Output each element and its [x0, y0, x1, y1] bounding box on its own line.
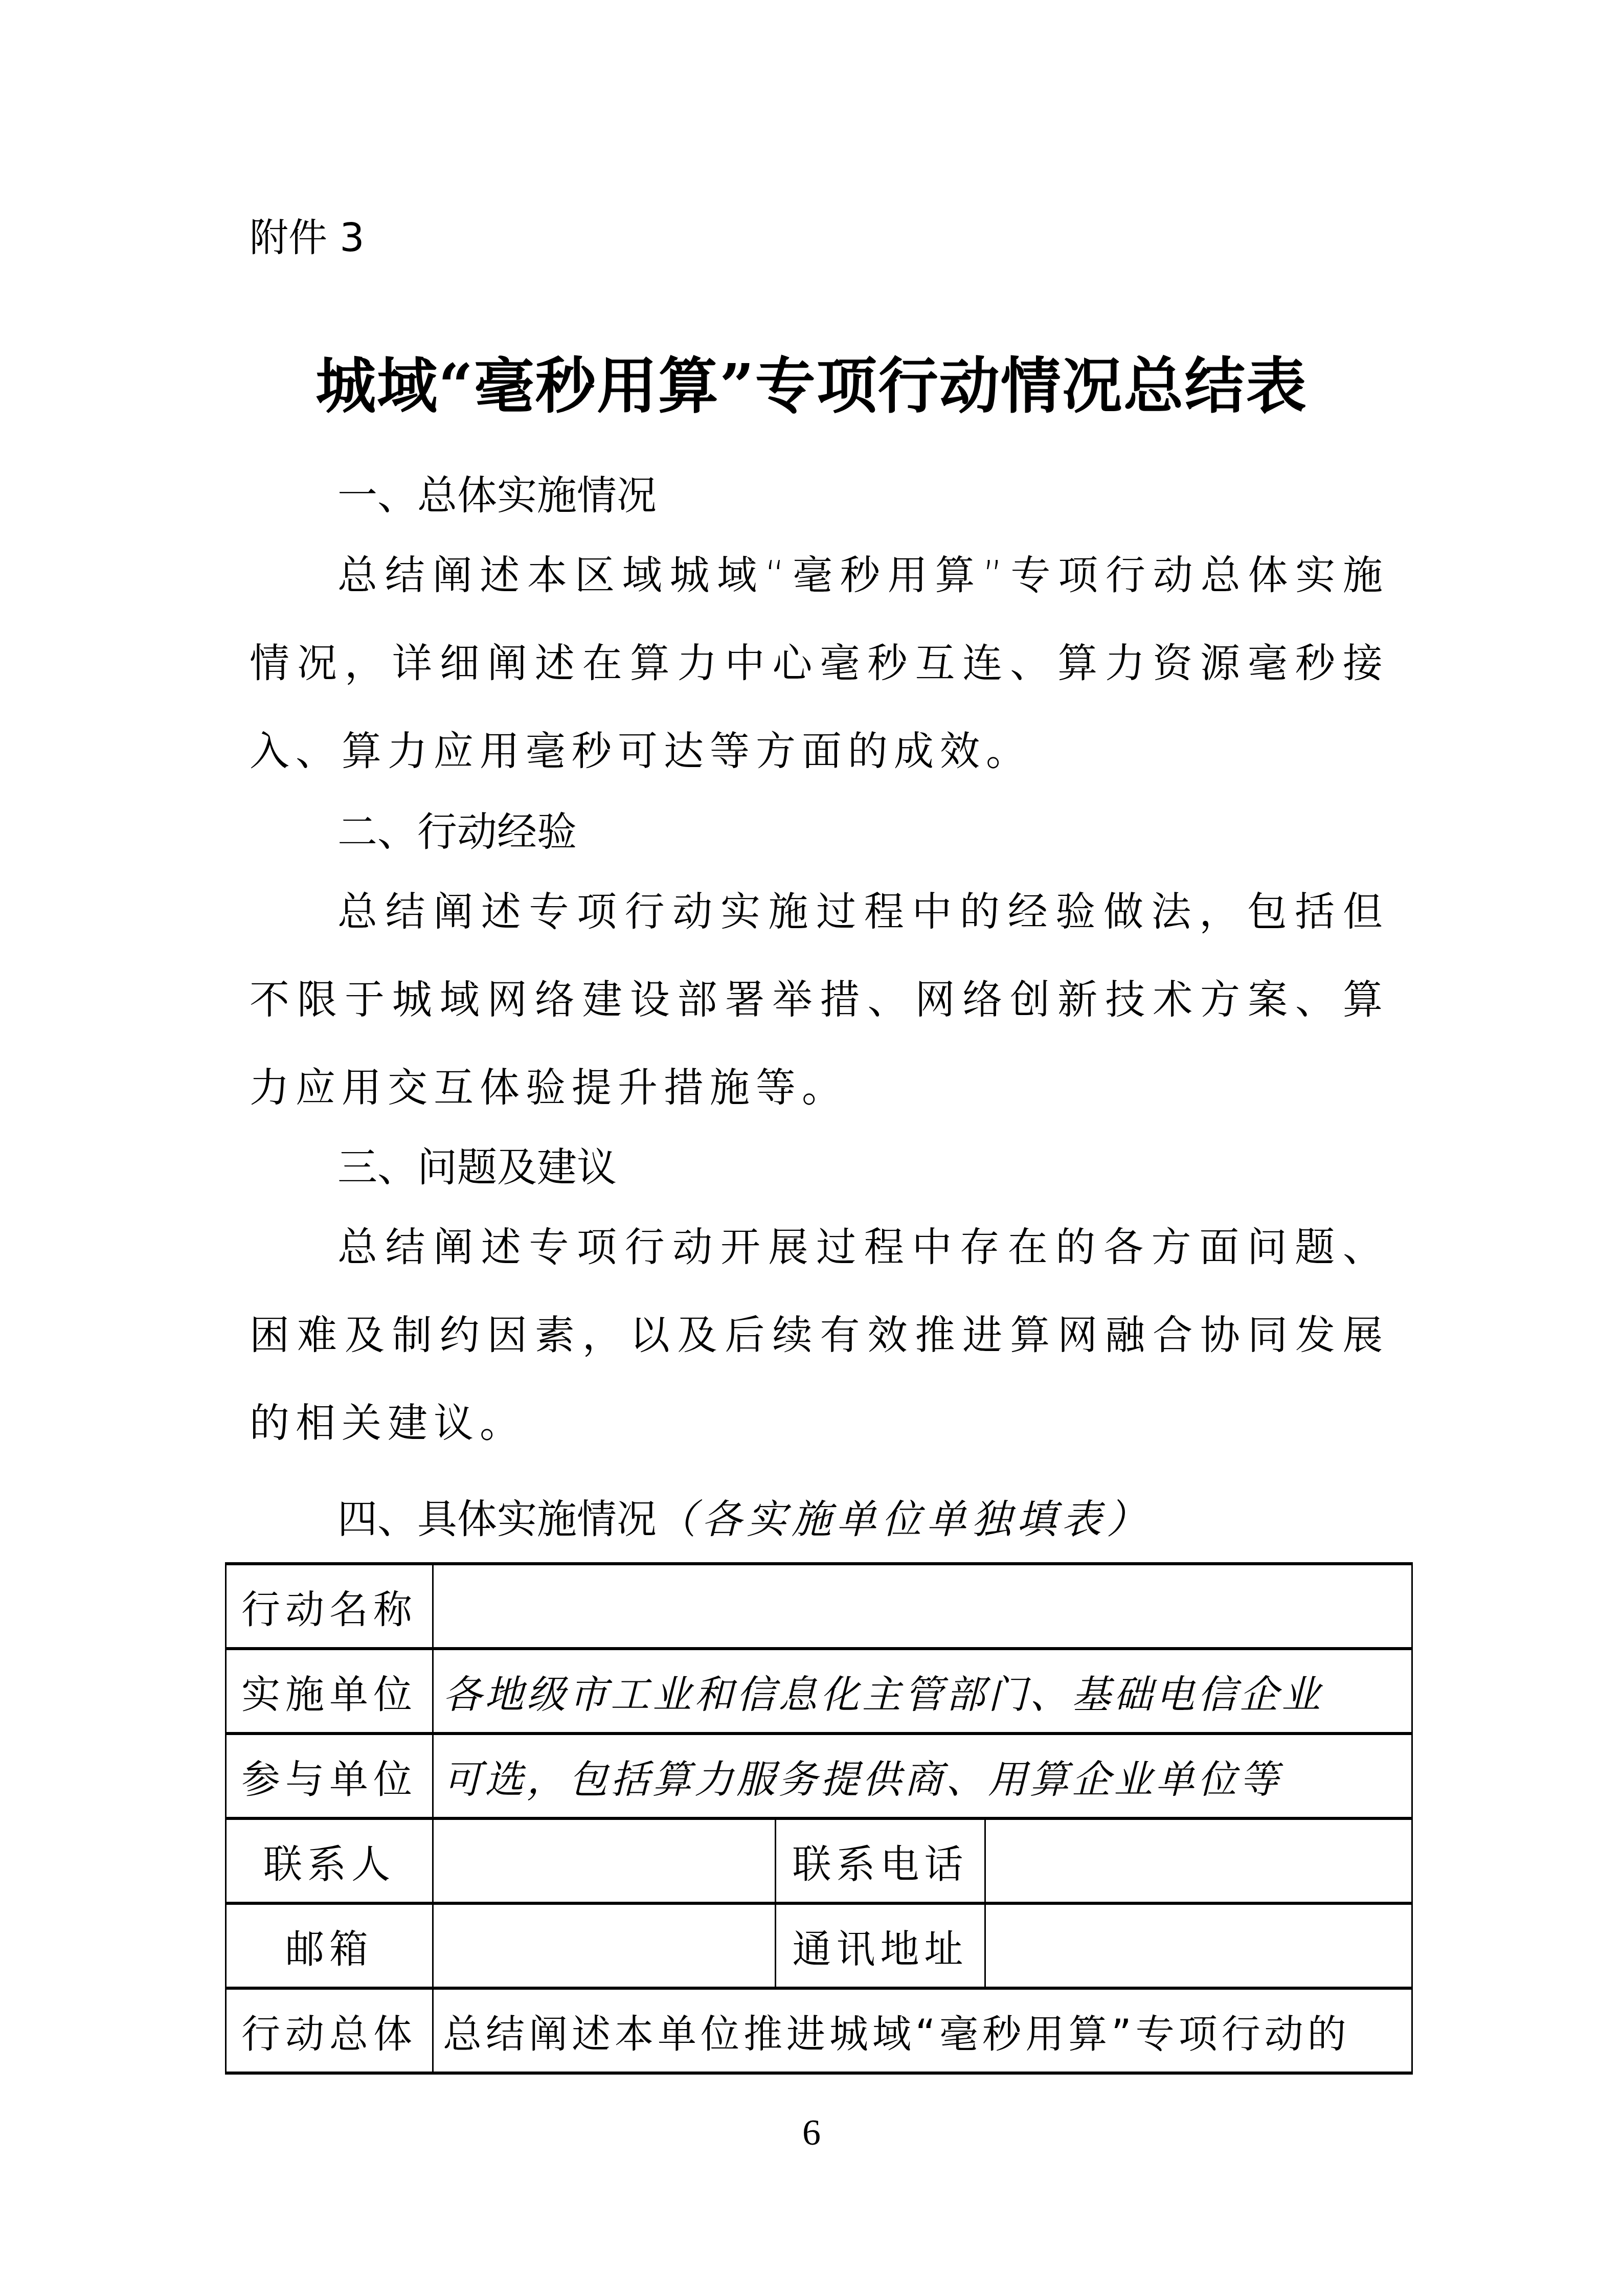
table-row-action-overall: 行动总体 总结阐述本单位推进城域“毫秒用算”专项行动的: [226, 1988, 1412, 2073]
participating-unit-label: 参与单位: [226, 1734, 433, 1818]
section-heading-details: 四、具体实施情况（各实施单位单独填表）: [337, 1489, 1152, 1550]
section-heading-experience: 二、行动经验: [337, 802, 577, 863]
mailing-address-label: 通讯地址: [776, 1903, 985, 1988]
table-row-action-name: 行动名称: [226, 1564, 1412, 1649]
attachment-label: 附件 3: [250, 207, 365, 268]
implementing-unit-field[interactable]: 各地级市工业和信息化主管部门、基础电信企业: [433, 1649, 1412, 1734]
table-row-email-address: 邮箱 通讯地址: [226, 1903, 1412, 1988]
document-title: 城域“毫秒用算”专项行动情况总结表: [0, 345, 1623, 427]
contact-phone-field[interactable]: [985, 1818, 1412, 1903]
action-name-label: 行动名称: [226, 1564, 433, 1649]
contact-phone-label: 联系电话: [776, 1818, 985, 1903]
implementation-table: 行动名称 实施单位 各地级市工业和信息化主管部门、基础电信企业 参与单位 可选，…: [225, 1562, 1413, 2075]
table-row-implementing-unit: 实施单位 各地级市工业和信息化主管部门、基础电信企业: [226, 1649, 1412, 1734]
table-row-contact: 联系人 联系电话: [226, 1818, 1412, 1903]
participating-unit-field[interactable]: 可选，包括算力服务提供商、用算企业单位等: [433, 1734, 1412, 1818]
page-number: 6: [0, 2109, 1623, 2155]
email-field[interactable]: [433, 1903, 776, 1988]
section-heading-details-note: （各实施单位单独填表）: [657, 1497, 1152, 1543]
email-label: 邮箱: [226, 1903, 433, 1988]
implementing-unit-label: 实施单位: [226, 1649, 433, 1734]
contact-person-field[interactable]: [433, 1818, 776, 1903]
section-body-experience: 总结阐述专项行动实施过程中的经验做法，包括但不限于城域网络建设部署举措、网络创新…: [250, 868, 1389, 1132]
mailing-address-field[interactable]: [985, 1903, 1412, 1988]
contact-person-label: 联系人: [226, 1818, 433, 1903]
table-row-participating-unit: 参与单位 可选，包括算力服务提供商、用算企业单位等: [226, 1734, 1412, 1818]
action-overall-label: 行动总体: [226, 1988, 433, 2073]
section-heading-issues: 三、问题及建议: [337, 1137, 617, 1199]
section-body-overall: 总结阐述本区域城域“毫秒用算”专项行动总体实施情况，详细阐述在算力中心毫秒互连、…: [250, 532, 1389, 796]
section-heading-overall: 一、总体实施情况: [337, 465, 657, 527]
action-name-field[interactable]: [433, 1564, 1412, 1649]
section-heading-details-text: 四、具体实施情况: [337, 1497, 657, 1543]
action-overall-field[interactable]: 总结阐述本单位推进城域“毫秒用算”专项行动的: [433, 1988, 1412, 2073]
section-body-issues: 总结阐述专项行动开展过程中存在的各方面问题、困难及制约因素，以及后续有效推进算网…: [250, 1204, 1389, 1468]
